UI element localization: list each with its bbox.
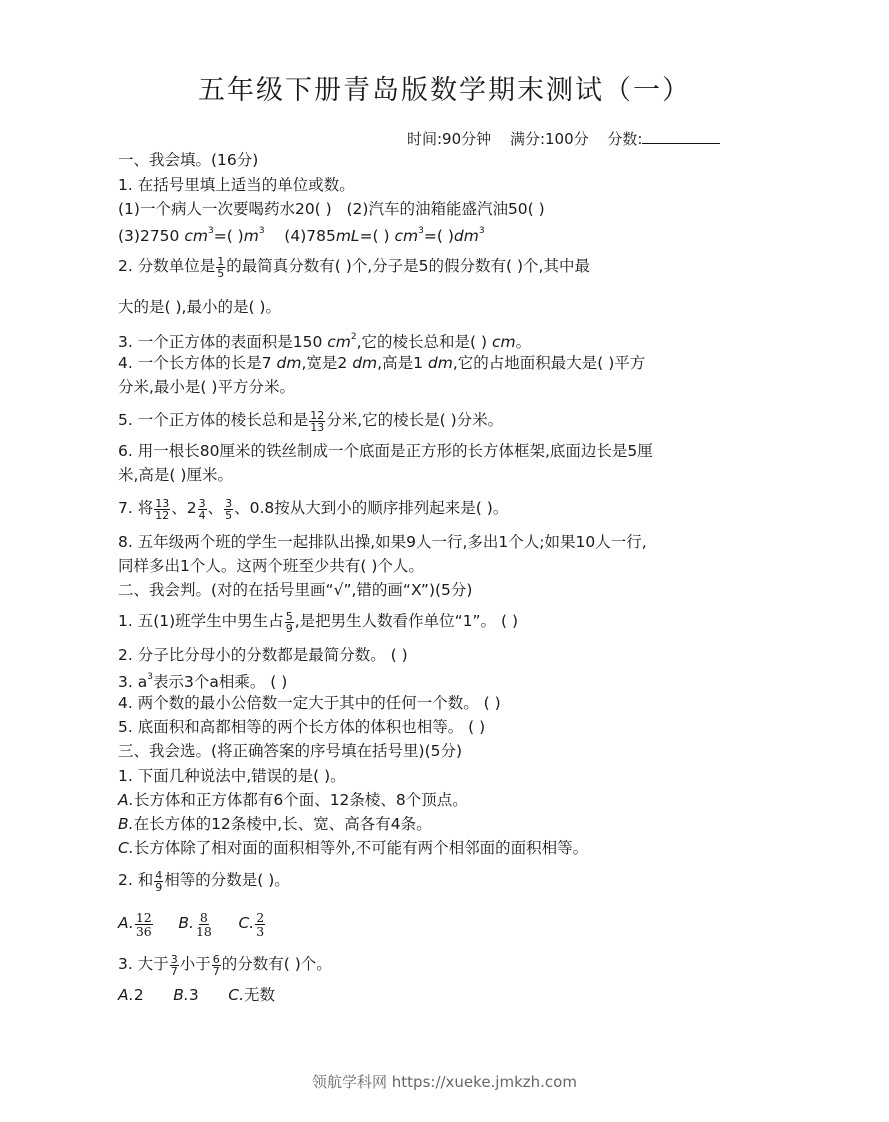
unit: dm <box>454 227 479 245</box>
section3-heading: 三、我会选。(将正确答案的序号填在括号里)(5分) <box>118 741 462 761</box>
unit: dm <box>352 354 377 372</box>
text: 、 <box>208 499 224 517</box>
exponent: 3 <box>259 226 265 236</box>
exponent: 3 <box>208 226 214 236</box>
text: 相等的分数是( )。 <box>164 871 290 889</box>
s2-q5: 5. 底面积和高都相等的两个长方体的体积也相等。 ( ) <box>118 717 485 737</box>
fraction: 1312 <box>154 498 170 521</box>
denominator: 5 <box>224 510 233 521</box>
s1-q4-line2: 分米,最小是( )平方分米。 <box>118 377 295 397</box>
unit: cm <box>395 227 419 245</box>
denominator: 36 <box>135 925 153 938</box>
denominator: 9 <box>154 882 163 893</box>
text: 3. 一个正方体的表面积是150 <box>118 333 327 351</box>
s1-q2-line2: 大的是( ),最小的是( )。 <box>118 297 281 317</box>
exponent: 3 <box>418 226 424 236</box>
s3-q3-stem: 3. 大于37小于67的分数有( )个。 <box>118 953 332 976</box>
option-label: C. <box>228 986 244 1004</box>
unit: mL <box>336 227 360 245</box>
option-text: 长方体除了相对面的面积相等外,不可能有两个相邻面的面积相等。 <box>134 839 588 857</box>
text: (4)785 <box>284 227 336 245</box>
exam-meta: 时间:90分钟 满分:100分 分数: <box>407 128 720 149</box>
numerator: 2 <box>255 911 265 925</box>
full-score: 满分:100分 <box>510 130 589 148</box>
option-label: A. <box>118 791 134 809</box>
text: 表示3个a相乘。 ( ) <box>153 673 287 691</box>
time-limit: 时间:90分钟 <box>407 130 491 148</box>
score-label: 分数: <box>607 130 642 148</box>
text: 的最简真分数有( )个,分子是5的假分数有( )个,其中最 <box>226 257 590 275</box>
option-label: B. <box>118 815 134 833</box>
fraction: 37 <box>170 954 179 977</box>
text: 的分数有( )个。 <box>222 955 332 973</box>
denominator: 12 <box>154 510 170 521</box>
text: ,宽是2 <box>301 354 352 372</box>
text: (3)2750 <box>118 227 184 245</box>
text: =( ) <box>214 227 244 245</box>
denominator: 7 <box>170 966 179 977</box>
s3-q1-option-c: C.长方体除了相对面的面积相等外,不可能有两个相邻面的面积相等。 <box>118 838 588 858</box>
fraction: 15 <box>216 256 225 279</box>
fraction: 1213 <box>309 410 325 433</box>
footer-watermark: 领航学科网 https://xueke.jmkzh.com <box>0 1071 889 1092</box>
denominator: 5 <box>216 268 225 279</box>
unit: cm <box>327 333 351 351</box>
score-blank[interactable] <box>642 129 720 144</box>
s1-q6-line2: 米,高是( )厘米。 <box>118 465 233 485</box>
option-text: 3 <box>189 986 199 1004</box>
s1-q1-stem: 1. 在括号里填上适当的单位或数。 <box>118 175 355 195</box>
s3-q2-options: A.1236 B.818 C.23 <box>118 910 266 937</box>
unit: cm <box>184 227 208 245</box>
exponent: 3 <box>479 226 485 236</box>
s3-q1-option-a: A.长方体和正方体都有6个面、12条棱、8个顶点。 <box>118 790 468 810</box>
unit: dm <box>428 354 453 372</box>
s1-q7: 7. 将1312、234、35、0.8按从大到小的顺序排列起来是( )。 <box>118 497 508 520</box>
s1-q4-line1: 4. 一个长方体的长是7 dm,宽是2 dm,高是1 dm,它的占地面积最大是(… <box>118 353 645 373</box>
text: =( ) <box>360 227 395 245</box>
denominator: 3 <box>255 925 265 938</box>
option-label: C. <box>238 914 254 932</box>
fraction: 35 <box>224 498 233 521</box>
fraction: 1236 <box>135 911 153 938</box>
option-text: 2 <box>134 986 144 1004</box>
text: 。 <box>516 333 532 351</box>
s1-q1-parts34: (3)2750 cm3=( )m3 (4)785mL=( ) cm3=( )dm… <box>118 223 485 246</box>
denominator: 9 <box>285 623 294 634</box>
s2-q4: 4. 两个数的最小公倍数一定大于其中的任何一个数。 ( ) <box>118 693 501 713</box>
fraction: 49 <box>154 870 163 893</box>
s3-q3-options: A.2 B.3 C.无数 <box>118 985 275 1005</box>
s3-q2-stem: 2. 和49相等的分数是( )。 <box>118 869 290 892</box>
s1-q1-parts12: (1)一个病人一次要喝药水20( ) (2)汽车的油箱能盛汽油50( ) <box>118 199 545 219</box>
option-label: B. <box>178 914 194 932</box>
option-text: 无数 <box>244 986 275 1004</box>
text: 5. 一个正方体的棱长总和是 <box>118 411 308 429</box>
text: 、 <box>171 499 187 517</box>
s1-q1-p1: (1)一个病人一次要喝药水20( ) <box>118 200 332 218</box>
s1-q3: 3. 一个正方体的表面积是150 cm2,它的棱长总和是( ) cm。 <box>118 329 531 352</box>
section1-heading: 一、我会填。(16分) <box>118 150 258 170</box>
option-text: 长方体和正方体都有6个面、12条棱、8个顶点。 <box>134 791 468 809</box>
text: 2. 分数单位是 <box>118 257 215 275</box>
fraction: 23 <box>255 911 265 938</box>
s2-q2: 2. 分子比分母小的分数都是最简分数。 ( ) <box>118 645 408 665</box>
unit: cm <box>492 333 516 351</box>
text: ,高是1 <box>377 354 428 372</box>
s1-q2-line1: 2. 分数单位是15的最简真分数有( )个,分子是5的假分数有( )个,其中最 <box>118 255 590 278</box>
fraction: 34 <box>198 498 207 521</box>
text: ,它的棱长总和是( ) <box>357 333 492 351</box>
s2-q3: 3. a3表示3个a相乘。 ( ) <box>118 669 287 692</box>
s1-q1-p2: (2)汽车的油箱能盛汽油50( ) <box>346 200 544 218</box>
option-label: A. <box>118 986 134 1004</box>
text: 2. 和 <box>118 871 153 889</box>
option-label: C. <box>118 839 134 857</box>
s2-q1: 1. 五(1)班学生中男生占59,是把男生人数看作单位“1”。 ( ) <box>118 610 518 633</box>
option-label: A. <box>118 914 134 932</box>
denominator: 13 <box>309 422 325 433</box>
text: ,它的占地面积最大是( )平方 <box>453 354 645 372</box>
numerator: 12 <box>135 911 153 925</box>
numerator: 8 <box>199 911 209 925</box>
section2-heading: 二、我会判。(对的在括号里画“√”,错的画“X”)(5分) <box>118 580 472 600</box>
text: =( ) <box>424 227 454 245</box>
unit: m <box>244 227 259 245</box>
denominator: 4 <box>198 510 207 521</box>
text: 3. a <box>118 673 147 691</box>
denominator: 7 <box>212 966 221 977</box>
option-text: 在长方体的12条棱中,长、宽、高各有4条。 <box>134 815 432 833</box>
unit: dm <box>277 354 302 372</box>
option-label: B. <box>173 986 189 1004</box>
s1-q6-line1: 6. 用一根长80厘米的铁丝制成一个底面是正方形的长方体框架,底面边长是5厘 <box>118 441 653 461</box>
s1-q8-line2: 同样多出1个人。这两个班至少共有( )个人。 <box>118 556 424 576</box>
text: 3. 大于 <box>118 955 169 973</box>
s3-q1-option-b: B.在长方体的12条棱中,长、宽、高各有4条。 <box>118 814 432 834</box>
text: 分米,它的棱长是( )分米。 <box>326 411 503 429</box>
text: 小于 <box>180 955 211 973</box>
text: ,是把男生人数看作单位“1”。 ( ) <box>295 612 518 630</box>
whole-number: 2 <box>187 499 197 517</box>
s1-q5: 5. 一个正方体的棱长总和是1213分米,它的棱长是( )分米。 <box>118 409 503 432</box>
text: 1. 五(1)班学生中男生占 <box>118 612 284 630</box>
text: 、0.8按从大到小的顺序排列起来是( )。 <box>234 499 508 517</box>
text: 7. 将 <box>118 499 153 517</box>
exponent: 3 <box>147 672 153 682</box>
fraction: 818 <box>195 911 213 938</box>
fraction: 67 <box>212 954 221 977</box>
page-title: 五年级下册青岛版数学期末测试（一） <box>0 68 889 107</box>
denominator: 18 <box>195 925 213 938</box>
exponent: 2 <box>351 332 357 342</box>
s3-q1-stem: 1. 下面几种说法中,错误的是( )。 <box>118 766 346 786</box>
fraction: 59 <box>285 611 294 634</box>
s1-q8-line1: 8. 五年级两个班的学生一起排队出操,如果9人一行,多出1个人;如果10人一行, <box>118 532 647 552</box>
text: 4. 一个长方体的长是7 <box>118 354 277 372</box>
